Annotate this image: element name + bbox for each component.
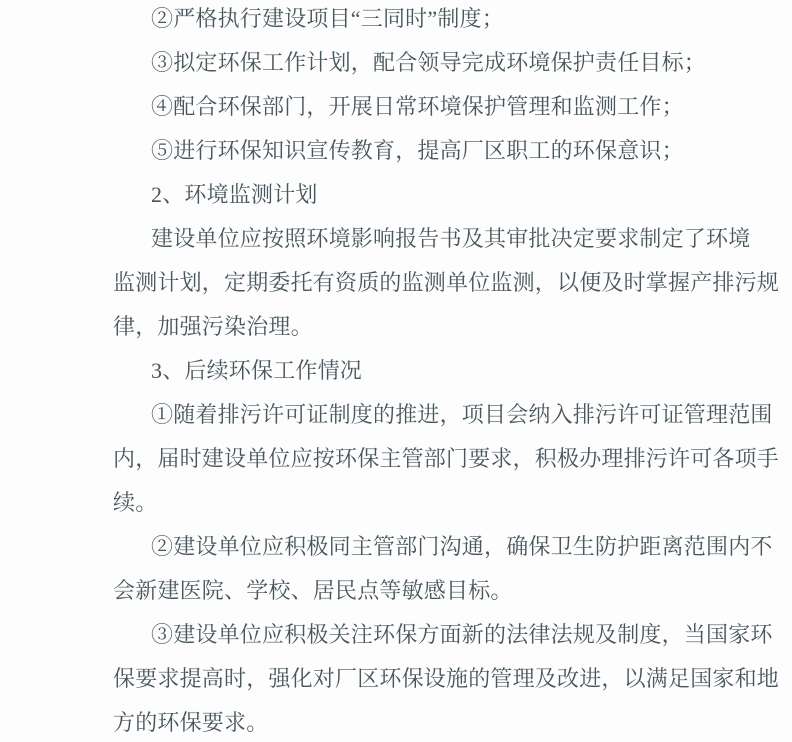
text-line: ①随着排污许可证制度的推进，项目会纳入排污许可证管理范围 xyxy=(0,393,792,437)
text-line: ⑤进行环保知识宣传教育，提高厂区职工的环保意识； xyxy=(0,129,792,173)
text-line: ②严格执行建设项目“三同时”制度； xyxy=(0,0,792,41)
text-line: 监测计划，定期委托有资质的监测单位监测，以便及时掌握产排污规 xyxy=(0,261,792,305)
text-line: 保要求提高时，强化对厂区环保设施的管理及改进，以满足国家和地 xyxy=(0,657,792,701)
text-line: 会新建医院、学校、居民点等敏感目标。 xyxy=(0,569,792,613)
text-line: 方的环保要求。 xyxy=(0,701,792,742)
document-page: ②严格执行建设项目“三同时”制度； ③拟定环保工作计划，配合领导完成环境保护责任… xyxy=(0,0,792,742)
text-line: 律，加强污染治理。 xyxy=(0,305,792,349)
text-line: ③建设单位应积极关注环保方面新的法律法规及制度，当国家环 xyxy=(0,613,792,657)
text-line: 内，届时建设单位应按环保主管部门要求，积极办理排污许可各项手 xyxy=(0,437,792,481)
text-line: ④配合环保部门，开展日常环境保护管理和监测工作； xyxy=(0,85,792,129)
section-heading: 3、后续环保工作情况 xyxy=(0,349,792,393)
text-line: 续。 xyxy=(0,481,792,525)
text-line: ②建设单位应积极同主管部门沟通，确保卫生防护距离范围内不 xyxy=(0,525,792,569)
text-line: 建设单位应按照环境影响报告书及其审批决定要求制定了环境 xyxy=(0,217,792,261)
section-heading: 2、环境监测计划 xyxy=(0,173,792,217)
text-line: ③拟定环保工作计划，配合领导完成环境保护责任目标； xyxy=(0,41,792,85)
